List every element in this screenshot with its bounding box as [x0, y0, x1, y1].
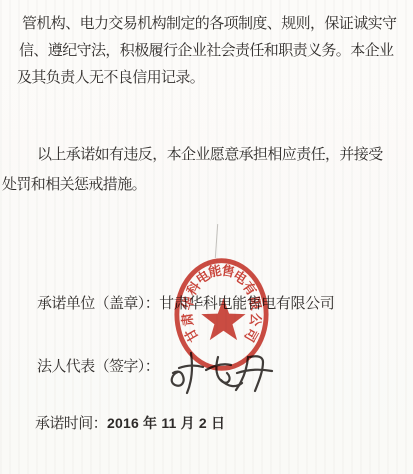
unit-label: 承诺单位（盖章）：: [37, 296, 159, 312]
body-paragraph1-line2: 信、遵纪守法，积极履行企业社会责任和职责义务。本企业: [19, 43, 393, 60]
body-paragraph1-line3: 及其负责人无不良信用记录。: [17, 70, 204, 87]
date-value: 2016 年 11 月 2 日: [107, 415, 225, 431]
body-paragraph1-line1: 管机构、电力交易机构制定的各项制度、规则，保证诚实守: [22, 16, 396, 33]
company-seal: 甘肃华科电能售电有限公司: [173, 257, 270, 373]
date-line: 承诺时间：2016 年 11 月 2 日: [35, 414, 225, 433]
scanned-document-page: 管机构、电力交易机构制定的各项制度、规则，保证诚实守 信、遵纪守法，积极履行企业…: [0, 0, 413, 474]
svg-text:肃: 肃: [178, 312, 196, 327]
scan-crease-artifact: [215, 224, 218, 258]
svg-text:限: 限: [246, 295, 264, 311]
date-label: 承诺时间：: [35, 416, 107, 432]
legal-rep-line: 法人代表（签字）：: [37, 358, 159, 376]
body-paragraph2-line1: 以上承诺如有违反，本企业愿意承担相应责任，并接受: [37, 147, 383, 164]
legal-rep-label: 法人代表（签字）：: [37, 359, 159, 375]
body-paragraph2-line2: 处罚和相关惩戒措施。: [2, 177, 146, 194]
seal-star-icon: [201, 298, 245, 340]
